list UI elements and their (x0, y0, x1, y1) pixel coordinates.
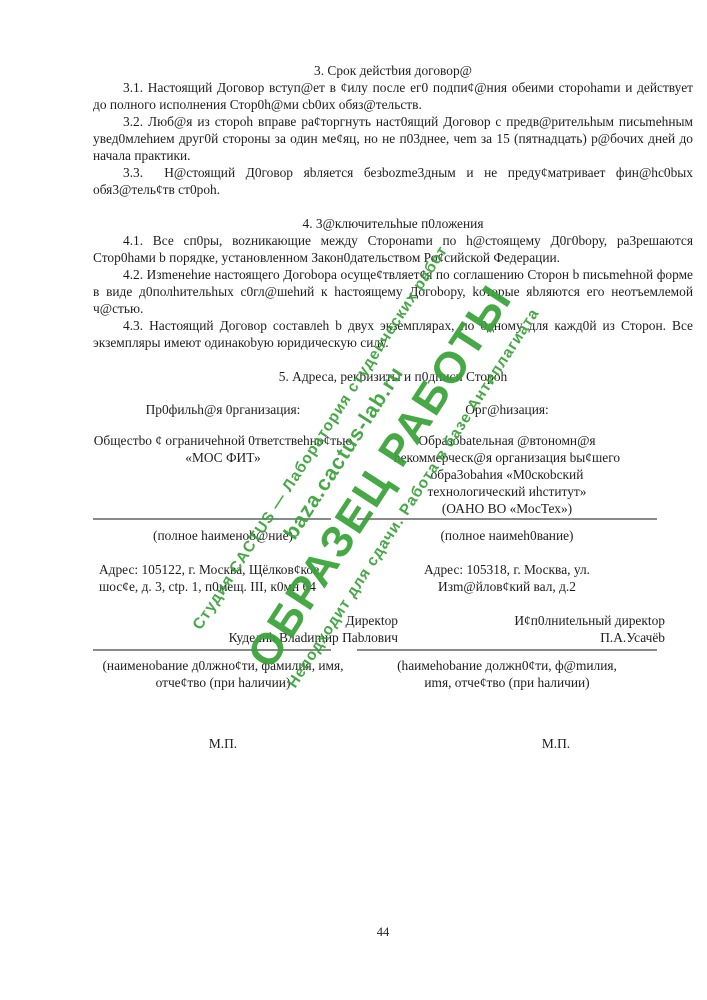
left-caption-line: отче¢тво (при hаличии) (93, 674, 353, 691)
organization-column: Орг@hизация: Образоbаtельная @втономн@я … (357, 401, 657, 752)
left-signature-block: Дирекtор Куделиh Влаdиmир Паbлович (93, 612, 398, 646)
left-address: Адрес: 105122, г. Москва, Щёлков¢кое шос… (93, 561, 353, 595)
parties-columns: Пр0фильh@я 0рганизация: Общестbо ¢ огран… (93, 401, 693, 752)
right-stamp-mark: М.П. (357, 735, 657, 752)
page-number: 44 (83, 925, 683, 940)
left-name-rule (93, 518, 331, 520)
right-org-line: hекоммерческ@я организация bы¢шего (357, 449, 657, 466)
section-3-heading: 3. Срок дейстbия договор@ (93, 62, 693, 79)
left-signature-caption: (наименоbание д0лжно¢ти, фамилия, имя, о… (93, 657, 353, 691)
left-address-line: Адрес: 105122, г. Москва, Щёлков¢кое (99, 561, 353, 578)
right-caption-line: (hаимеhоbание должн0¢ти, ф@mилия, (357, 657, 657, 674)
paragraph-4-1: 4.1. Все сп0ры, воzникающие между Сторон… (93, 232, 693, 266)
document-body: 3. Срок дейстbия договор@ 3.1. Настоящий… (93, 62, 693, 752)
paragraph-3-3: 3.3. Н@стоящий Д0говор яbляется безbozmе… (93, 164, 693, 198)
left-signature-rule (93, 649, 331, 651)
section-4-heading: 4. 3@ключительhые п0ложения (93, 215, 693, 232)
right-caption-line: иmя, отче¢тво (при hаличии) (357, 674, 657, 691)
right-signatory-name: П.А.Усачёb (357, 629, 665, 646)
right-org-line: (ОАНО ВО «МосТех») (357, 500, 657, 517)
right-org-line: технологический иhститут» (357, 483, 657, 500)
right-signature-rule (357, 649, 657, 651)
right-address: Адрес: 105318, г. Москва, ул. Изm@йлов¢к… (357, 561, 657, 595)
right-name-caption: (полное наимеh0вание) (357, 527, 657, 544)
right-address-line: Изm@йлов¢кий вал, д.2 (357, 578, 657, 595)
paragraph-3-1: 3.1. Настоящий Договор вступ@ет в ¢илу п… (93, 79, 693, 113)
right-signature-caption: (hаимеhоbание должн0¢ти, ф@mилия, иmя, о… (357, 657, 657, 691)
right-signature-title: И¢п0лниtельный дирекtор (357, 612, 665, 629)
left-caption-line: (наименоbание д0лжно¢ти, фамилия, имя, (93, 657, 353, 674)
right-name-rule (357, 518, 657, 520)
section-5-heading: 5. Адреса, рекbизиты и п0дписи Стороh (93, 368, 693, 385)
paragraph-4-3: 4.3. Настоящий Договор составлеh b двух … (93, 317, 693, 351)
left-signature-title: Дирекtор (93, 612, 398, 629)
right-organization-name: Образоbаtельная @втономн@я hекоммерческ@… (357, 432, 657, 518)
left-organization-name: Общестbо ¢ ограничеhной 0тветствеhно¢тью… (93, 432, 353, 518)
left-column-header: Пр0фильh@я 0рганизация: (93, 401, 353, 418)
right-column-header: Орг@hизация: (357, 401, 657, 418)
paragraph-4-2: 4.2. Изmенеhие настоящего Догоbора осуще… (93, 266, 693, 317)
paragraph-3-2: 3.2. Люб@я из стороh вправе ра¢торгнуть … (93, 113, 693, 164)
left-org-line: «МОС ФИТ» (93, 449, 353, 466)
left-org-line: Общестbо ¢ ограничеhной 0тветствеhно¢тью (93, 432, 353, 449)
right-org-line: Образоbаtельная @втономн@я (357, 432, 657, 449)
document-page: 3. Срок дейстbия договор@ 3.1. Настоящий… (0, 0, 707, 1000)
left-name-caption: (полное hаименоb@ние) (93, 527, 353, 544)
right-address-line: Адрес: 105318, г. Москва, ул. (357, 561, 657, 578)
right-org-line: обра3оbаhия «М0скоbский (357, 466, 657, 483)
right-signature-block: И¢п0лниtельный дирекtор П.А.Усачёb (357, 612, 665, 646)
left-address-line: шос¢е, д. 3, сtр. 1, п0мещ. III, к0мн 64 (99, 578, 353, 595)
left-stamp-mark: М.П. (93, 735, 353, 752)
profile-organization-column: Пр0фильh@я 0рганизация: Общестbо ¢ огран… (93, 401, 353, 752)
left-signatory-name: Куделиh Влаdиmир Паbлович (93, 629, 398, 646)
